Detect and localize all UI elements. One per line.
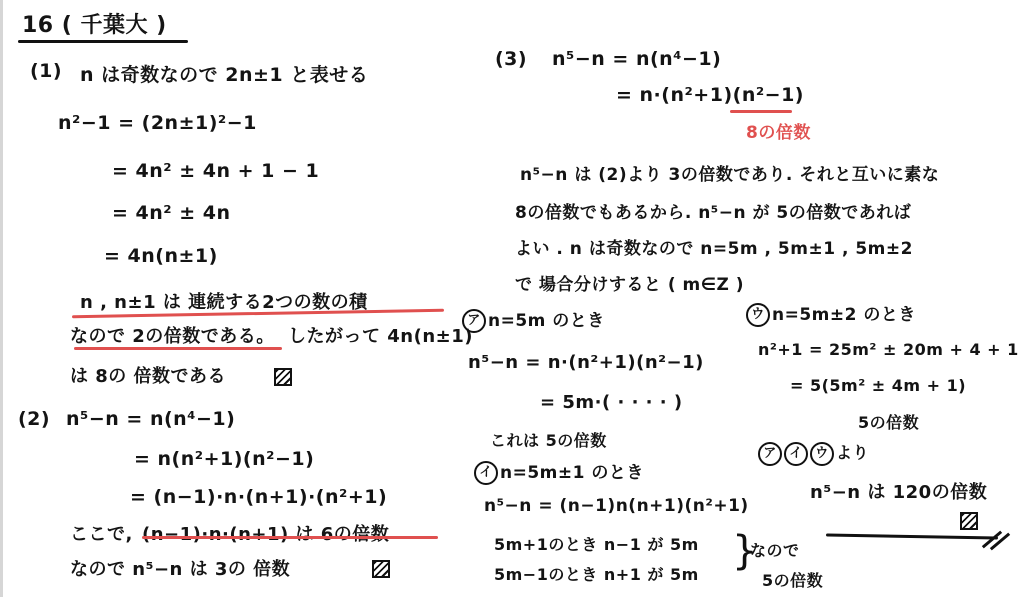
red-underline-3 [142, 536, 438, 539]
page-left-edge [0, 0, 3, 597]
case-c-eq-1: = 5(5m² ± 4m + 1) [790, 376, 966, 395]
case-a-heading: n=5m のとき [488, 311, 605, 331]
case-c-eq-0: n²+1 = 25m² ± 20m + 4 + 1 [758, 340, 1019, 359]
part1-reason-rest: したがって 4n(n±1) [288, 322, 473, 348]
part2-note-underlined: (n−1)·n·(n+1) は 6の倍数 [142, 520, 389, 546]
summary-from: より [836, 443, 869, 462]
case-b-eq-0: n⁵−n = (n−1)n(n+1)(n²+1) [484, 496, 749, 516]
case-b-sub1: 5m+1のとき n−1 が 5m [494, 532, 699, 555]
case-a-conclusion: これは 5の倍数 [490, 428, 607, 451]
part1-reason-underlined: なので 2の倍数である。 [70, 322, 275, 348]
case-b-heading: n=5m±1 のとき [500, 463, 644, 483]
qed-box-icon [960, 512, 978, 530]
case-a-eq-0: n⁵−n = n·(n²+1)(n²−1) [468, 352, 704, 373]
summary-from-row: アイウより [758, 440, 869, 466]
case-b-heading-row: イn=5m±1 のとき [474, 458, 644, 485]
part3-eq-1: = n·(n²+1)(n²−1) [616, 84, 804, 106]
case-b-brace-note2: 5の倍数 [762, 568, 823, 591]
part2-eq-1: = n(n²+1)(n²−1) [134, 448, 314, 470]
case-c-heading-row: ウn=5m±2 のとき [746, 300, 916, 327]
part1-eq-0: n²−1 = (2n±1)²−1 [58, 112, 257, 134]
part2-label: (2) [18, 408, 50, 430]
case-a-eq-1: = 5m·( · · · · ) [540, 392, 683, 413]
part3-label: (3) [495, 48, 527, 70]
red-underline-2 [74, 347, 282, 350]
summary-marker-b: イ [784, 442, 808, 466]
part1-conclusion: は 8の 倍数である [70, 362, 226, 388]
part2-eq-2: = (n−1)·n·(n+1)·(n²+1) [130, 486, 387, 508]
part3-explanation-3: で 場合分けすると ( m∈Z ) [515, 270, 744, 295]
red-underline-4 [730, 110, 792, 113]
part1-label: (1) [30, 60, 62, 82]
part3-explanation-0: n⁵−n は (2)より 3の倍数であり. それと互いに素な [520, 160, 939, 185]
qed-box-icon [372, 560, 390, 578]
title-underline [18, 40, 188, 43]
part3-eq-0: n⁵−n = n(n⁴−1) [552, 48, 721, 70]
part3-explanation-1: 8の倍数でもあるから. n⁵−n が 5の倍数であれば [515, 198, 911, 223]
case-c-heading: n=5m±2 のとき [772, 305, 916, 325]
case-b-marker: イ [474, 461, 498, 485]
part2-conclusion: なので n⁵−n は 3の 倍数 [70, 555, 290, 581]
case-a-marker: ア [462, 309, 486, 333]
part1-eq-1: = 4n² ± 4n + 1 − 1 [112, 160, 319, 182]
part1-intro: n は奇数なので 2n±1 と表せる [80, 60, 368, 87]
page-title: 16 ( 千葉大 ) [22, 8, 167, 39]
case-b-sub2: 5m−1のとき n+1 が 5m [494, 562, 699, 585]
summary-marker-a: ア [758, 442, 782, 466]
case-b-brace-note1: なので [750, 538, 800, 561]
case-a-heading-row: アn=5m のとき [462, 306, 605, 333]
part2-note-prefix: ここで, [70, 520, 133, 546]
final-answer-line [826, 533, 998, 539]
qed-box-icon [274, 368, 292, 386]
case-c-marker: ウ [746, 303, 770, 327]
part1-eq-2: = 4n² ± 4n [112, 202, 231, 224]
part3-red-annotation: 8の倍数 [746, 118, 811, 143]
summary-marker-c: ウ [810, 442, 834, 466]
part1-eq-3: = 4n(n±1) [104, 245, 218, 267]
part3-explanation-2: よい . n は奇数なので n=5m , 5m±1 , 5m±2 [515, 234, 913, 259]
part2-eq-0: n⁵−n = n(n⁴−1) [66, 408, 235, 430]
summary-conclusion: n⁵−n は 120の倍数 [810, 478, 987, 504]
case-c-conclusion: 5の倍数 [858, 410, 919, 433]
